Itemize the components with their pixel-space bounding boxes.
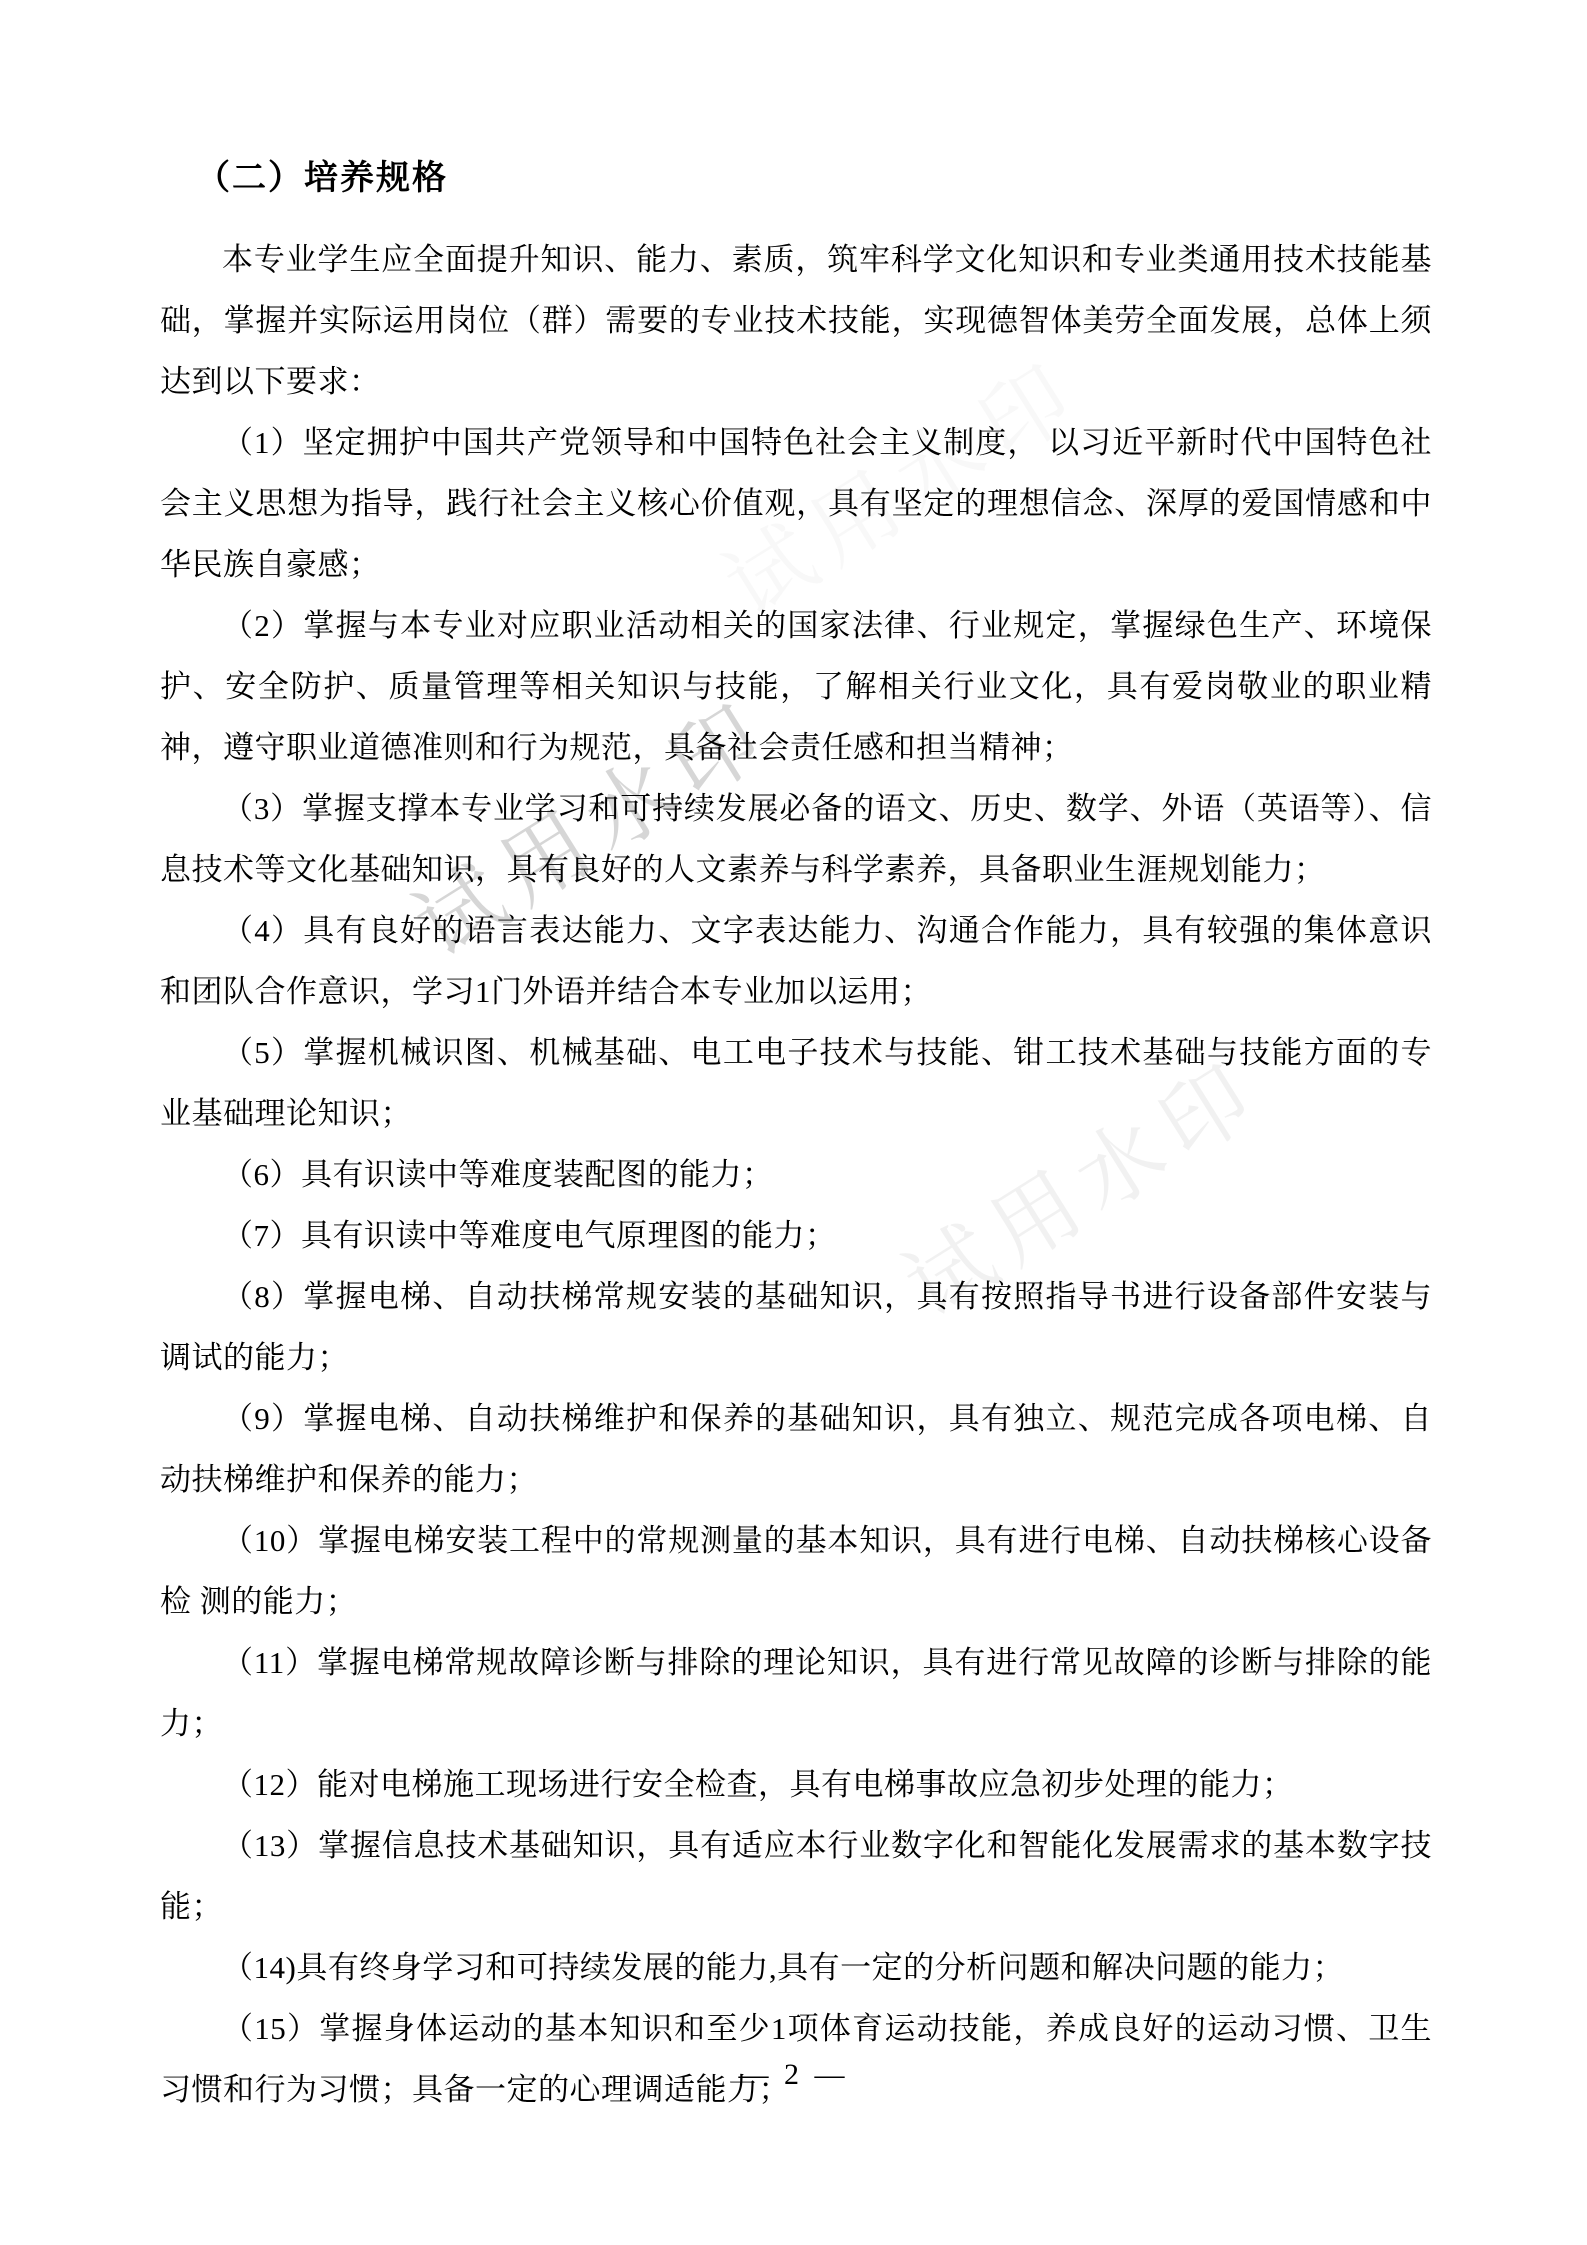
- requirement-item-2: （2）掌握与本专业对应职业活动相关的国家法律、行业规定，掌握绿色生产、环境保护、…: [160, 595, 1432, 778]
- requirement-item-7: （7）具有识读中等难度电气原理图的能力；: [160, 1205, 1432, 1266]
- requirement-item-10: （10）掌握电梯安装工程中的常规测量的基本知识，具有进行电梯、自动扶梯核心设备检…: [160, 1510, 1432, 1632]
- requirement-item-3: （3）掌握支撑本专业学习和可持续发展必备的语文、历史、数学、外语（英语等）、信息…: [160, 778, 1432, 900]
- requirement-item-11: （11）掌握电梯常规故障诊断与排除的理论知识，具有进行常见故障的诊断与排除的能力…: [160, 1632, 1432, 1754]
- requirement-item-12: （12）能对电梯施工现场进行安全检查，具有电梯事故应急初步处理的能力；: [160, 1754, 1432, 1815]
- requirement-item-6: （6）具有识读中等难度装配图的能力；: [160, 1144, 1432, 1205]
- page-number: — 2 —: [0, 2058, 1587, 2092]
- requirement-item-9: （9）掌握电梯、自动扶梯维护和保养的基础知识，具有独立、规范完成各项电梯、自动扶…: [160, 1388, 1432, 1510]
- document-page: 试用水印 试用水印 试用水印 （二）培养规格 本专业学生应全面提升知识、能力、素…: [0, 0, 1587, 2245]
- requirement-item-14: （14)具有终身学习和可持续发展的能力,具有一定的分析问题和解决问题的能力；: [160, 1937, 1432, 1998]
- requirement-item-5: （5）掌握机械识图、机械基础、电工电子技术与技能、钳工技术基础与技能方面的专业基…: [160, 1022, 1432, 1144]
- requirement-item-4: （4）具有良好的语言表达能力、文字表达能力、沟通合作能力，具有较强的集体意识和团…: [160, 900, 1432, 1022]
- intro-paragraph: 本专业学生应全面提升知识、能力、素质，筑牢科学文化知识和专业类通用技术技能基础，…: [160, 229, 1432, 412]
- requirement-item-1: （1）坚定拥护中国共产党领导和中国特色社会主义制度， 以习近平新时代中国特色社会…: [160, 412, 1432, 595]
- requirement-item-13: （13）掌握信息技术基础知识，具有适应本行业数字化和智能化发展需求的基本数字技能…: [160, 1815, 1432, 1937]
- requirement-item-8: （8）掌握电梯、自动扶梯常规安装的基础知识，具有按照指导书进行设备部件安装与调试…: [160, 1266, 1432, 1388]
- section-heading: （二）培养规格: [196, 150, 1432, 199]
- page-content: （二）培养规格 本专业学生应全面提升知识、能力、素质，筑牢科学文化知识和专业类通…: [160, 150, 1432, 2120]
